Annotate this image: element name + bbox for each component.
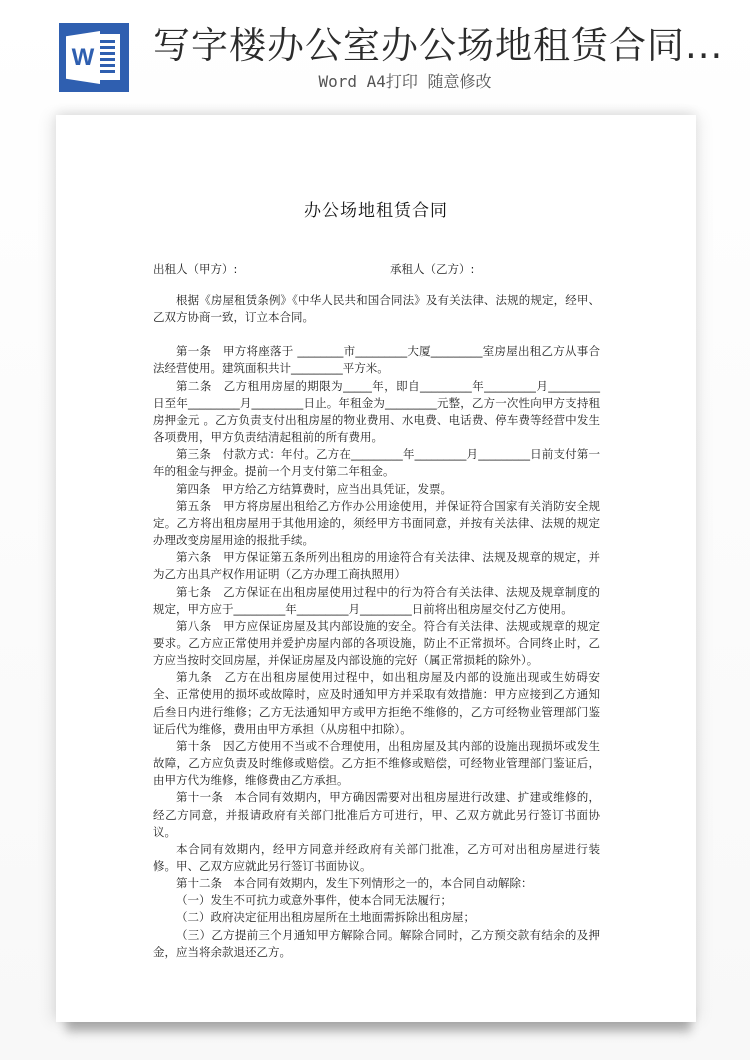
article-11: 第十一条 本合同有效期内，甲方确因需要对出租房屋进行改建、扩建或维修的，经乙方同… bbox=[153, 789, 600, 840]
termination-clause-2: （二）政府决定征用出租房屋所在土地面需拆除出租房屋； bbox=[153, 909, 600, 926]
parties-row: 出租人（甲方）: 承租人（乙方）: bbox=[153, 260, 613, 278]
article-8: 第八条 甲方应保证房屋及其内部设施的安全。符合有关法律、法规或规章的规定要求。乙… bbox=[153, 618, 600, 669]
document-file-title: 写字楼办公室办公场地租赁合同... bbox=[153, 22, 750, 70]
contract-title: 办公场地租赁合同 bbox=[56, 199, 696, 223]
word-letter-icon: W bbox=[67, 43, 99, 73]
article-12: 第十二条 本合同有效期内，发生下列情形之一的，本合同自动解除： bbox=[153, 875, 600, 892]
header: W 写字楼办公室办公场地租赁合同... Word A4打印 随意修改 bbox=[0, 0, 750, 108]
lessee-label: 承租人（乙方）: bbox=[390, 260, 474, 278]
document-format-subtitle: Word A4打印 随意修改 bbox=[0, 70, 750, 94]
lessor-label: 出租人（甲方）: bbox=[153, 260, 237, 278]
article-2: 第二条 乙方租用房屋的期限为_____年，即自_________年_______… bbox=[153, 378, 600, 447]
renovation-paragraph: 本合同有效期内，经甲方同意并经政府有关部门批准，乙方可对出租房屋进行装修。甲、乙… bbox=[153, 841, 600, 875]
article-10: 第十条 因乙方使用不当或不合理使用，出租房屋及其内部的设施出现损坏或发生故障，乙… bbox=[153, 738, 600, 789]
article-1: 第一条 甲方将座落于 ________市_________大厦_________… bbox=[153, 343, 600, 377]
article-4: 第四条 甲方给乙方结算费时，应当出具凭证，发票。 bbox=[153, 481, 600, 498]
contract-body: 根据《房屋租赁条例》《中华人民共和国合同法》及有关法律、法规的规定，经甲、乙双方… bbox=[153, 292, 600, 961]
article-6: 第六条 甲方保证第五条所列出租房的用途符合有关法律、法规及规章的规定，并为乙方出… bbox=[153, 549, 600, 583]
article-3: 第三条 付款方式：年付。乙方在_________年_________月_____… bbox=[153, 446, 600, 480]
termination-clause-3: （三）乙方提前三个月通知甲方解除合同。解除合同时，乙方预交款有结余的及押金，应当… bbox=[153, 927, 600, 961]
preamble-paragraph: 根据《房屋租赁条例》《中华人民共和国合同法》及有关法律、法规的规定，经甲、乙双方… bbox=[153, 292, 600, 326]
termination-clause-1: （一）发生不可抗力或意外事件，使本合同无法履行； bbox=[153, 892, 600, 909]
article-5: 第五条 甲方将房屋出租给乙方作办公用途使用，并保证符合国家有关消防安全规定。乙方… bbox=[153, 498, 600, 549]
document-page: 办公场地租赁合同 出租人（甲方）: 承租人（乙方）: 根据《房屋租赁条例》《中华… bbox=[56, 115, 696, 1022]
preview-canvas: W 写字楼办公室办公场地租赁合同... Word A4打印 随意修改 办公场地租… bbox=[0, 0, 750, 1060]
article-9: 第九条 乙方在出租房屋使用过程中，如出租房屋及内部的设施出现或生妨碍安全、正常使… bbox=[153, 669, 600, 738]
article-7: 第七条 乙方保证在出租房屋使用过程中的行为符合有关法律、法规及规章制度的规定，甲… bbox=[153, 584, 600, 618]
